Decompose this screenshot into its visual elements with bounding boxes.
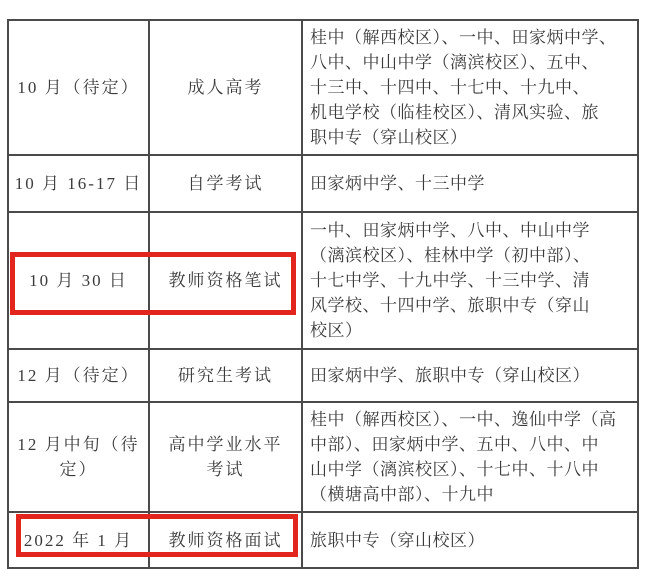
date-cell: 2022 年 1 月 [8,512,149,568]
table-row: 12 月中旬（待 定） 高中学业水平 考试 桂中（解西校区）、一中、逸仙中学（高… [8,402,638,512]
exam-schedule-table-wrap: 10 月（待定） 成人高考 桂中（解西校区）、一中、田家炳中学、 八中、中山中学… [7,19,639,569]
exam-name-cell: 研究生考试 [149,349,302,402]
date-cell: 12 月中旬（待 定） [8,402,149,512]
exam-name-cell: 教师资格面试 [149,512,302,568]
table-row: 2022 年 1 月 教师资格面试 旅职中专（穿山校区） [8,512,638,568]
venues-cell: 桂中（解西校区）、一中、田家炳中学、 八中、中山中学（漓滨校区）、五中、 十三中… [302,20,638,155]
venues-cell: 桂中（解西校区）、一中、逸仙中学（高 中部）、田家炳中学、五中、八中、中 山中学… [302,402,638,512]
venues-cell: 一中、田家炳中学、八中、中山中学 （漓滨校区）、桂林中学（初中部）、 十七中学、… [302,212,638,349]
exam-schedule-table: 10 月（待定） 成人高考 桂中（解西校区）、一中、田家炳中学、 八中、中山中学… [7,19,639,569]
date-cell: 10 月（待定） [8,20,149,155]
table-row: 10 月 30 日 教师资格笔试 一中、田家炳中学、八中、中山中学 （漓滨校区）… [8,212,638,349]
exam-name-cell: 高中学业水平 考试 [149,402,302,512]
exam-name-cell: 教师资格笔试 [149,212,302,349]
venues-cell: 田家炳中学、旅职中专（穿山校区） [302,349,638,402]
date-cell: 12 月（待定） [8,349,149,402]
venues-cell: 旅职中专（穿山校区） [302,512,638,568]
document-page: 10 月（待定） 成人高考 桂中（解西校区）、一中、田家炳中学、 八中、中山中学… [0,0,646,570]
date-cell: 10 月 30 日 [8,212,149,349]
table-row: 10 月 16-17 日 自学考试 田家炳中学、十三中学 [8,155,638,212]
table-row: 12 月（待定） 研究生考试 田家炳中学、旅职中专（穿山校区） [8,349,638,402]
exam-name-cell: 自学考试 [149,155,302,212]
exam-name-cell: 成人高考 [149,20,302,155]
table-row: 10 月（待定） 成人高考 桂中（解西校区）、一中、田家炳中学、 八中、中山中学… [8,20,638,155]
venues-cell: 田家炳中学、十三中学 [302,155,638,212]
date-cell: 10 月 16-17 日 [8,155,149,212]
